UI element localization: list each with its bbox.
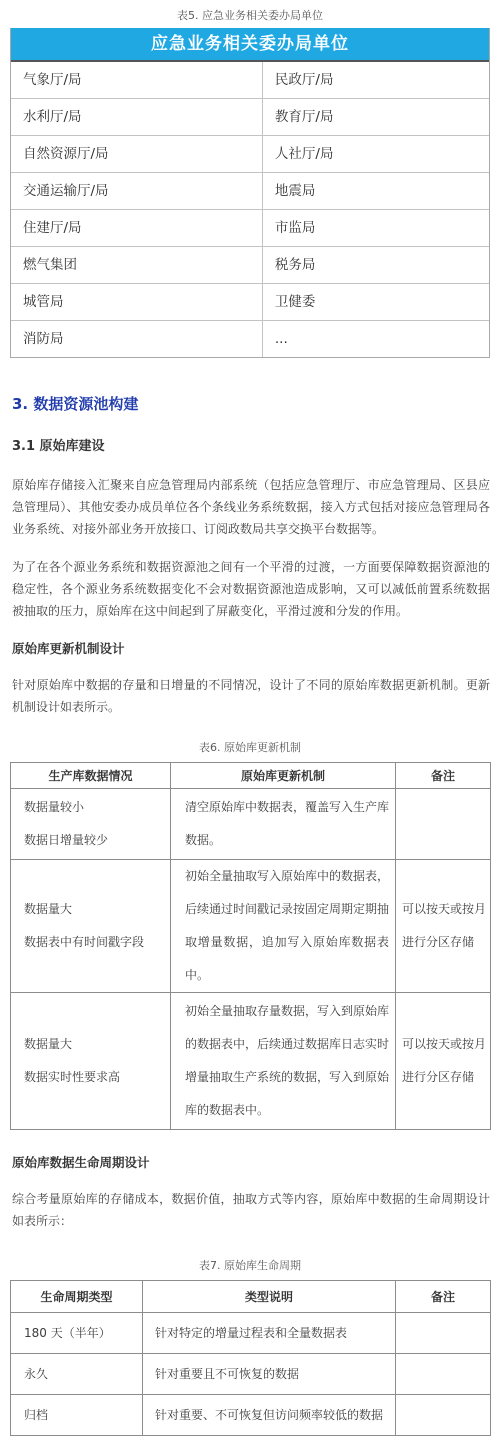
table-row: 自然资源厅/局 人社厅/局: [11, 136, 489, 173]
table-cell: [396, 1354, 491, 1395]
table5-caption: 表5. 应急业务相关委办局单位: [10, 8, 490, 24]
paragraph-smooth-transition: 为了在各个源业务系统和数据资源池之间有一个平滑的过渡，一方面要保障数据资源池的稳…: [12, 556, 490, 622]
table-row: 180 天（半年） 针对特定的增量过程表和全量数据表: [11, 1313, 491, 1354]
table6-update-mechanism: 生产库数据情况 原始库更新机制 备注 数据量较小 数据日增量较少 清空原始库中数…: [10, 762, 491, 1130]
table-cell: 水利厅/局: [11, 99, 263, 135]
column-header: 备注: [396, 763, 491, 789]
table-cell: 可以按天或按月进行分区存储: [396, 860, 491, 993]
table-cell: 永久: [11, 1354, 143, 1395]
table-row: 永久 针对重要且不可恢复的数据: [11, 1354, 491, 1395]
table-header-row: 生产库数据情况 原始库更新机制 备注: [11, 763, 491, 789]
table-cell: 地震局: [263, 173, 489, 209]
table-cell: [396, 1395, 491, 1436]
heading-update-mechanism: 原始库更新机制设计: [12, 640, 490, 658]
table-row: 城管局 卫健委: [11, 284, 489, 321]
cell-line: 数据表中有时间戳字段: [24, 926, 164, 959]
table6-caption: 表6. 原始库更新机制: [10, 740, 490, 756]
document-page: 表5. 应急业务相关委办局单位 应急业务相关委办局单位 气象厅/局 民政厅/局 …: [0, 0, 500, 1451]
table-cell: 住建厅/局: [11, 210, 263, 246]
table-cell: 交通运输厅/局: [11, 173, 263, 209]
table-cell: 人社厅/局: [263, 136, 489, 172]
table-row: 消防局 ...: [11, 321, 489, 357]
table-row: 数据量大 数据表中有时间戳字段 初始全量抽取写入原始库中的数据表，后续通过时间戳…: [11, 860, 491, 993]
table-row: 水利厅/局 教育厅/局: [11, 99, 489, 136]
table-row: 气象厅/局 民政厅/局: [11, 62, 489, 99]
column-header: 类型说明: [143, 1281, 396, 1313]
table-cell: 针对重要且不可恢复的数据: [143, 1354, 396, 1395]
section-heading-data-pool: 3. 数据资源池构建: [12, 394, 490, 414]
table-cell: 数据量较小 数据日增量较少: [11, 789, 171, 860]
column-header: 生命周期类型: [11, 1281, 143, 1313]
table-row: 燃气集团 税务局: [11, 247, 489, 284]
table-cell: 可以按天或按月进行分区存储: [396, 993, 491, 1130]
table-cell: 税务局: [263, 247, 489, 283]
table-cell: 清空原始库中数据表，覆盖写入生产库数据。: [171, 789, 396, 860]
paragraph-lifecycle: 综合考量原始库的存储成本，数据价值，抽取方式等内容，原始库中数据的生命周期设计如…: [12, 1188, 490, 1232]
column-header: 原始库更新机制: [171, 763, 396, 789]
table-header-row: 生命周期类型 类型说明 备注: [11, 1281, 491, 1313]
cell-line: 数据量较小: [24, 791, 164, 824]
table-cell: [396, 789, 491, 860]
heading-lifecycle-design: 原始库数据生命周期设计: [12, 1154, 490, 1172]
table-cell: 针对重要、不可恢复但访问频率较低的数据: [143, 1395, 396, 1436]
table7-caption: 表7. 原始库生命周期: [10, 1258, 490, 1274]
table-cell: 自然资源厅/局: [11, 136, 263, 172]
table-row: 数据量较小 数据日增量较少 清空原始库中数据表，覆盖写入生产库数据。: [11, 789, 491, 860]
table-cell: 气象厅/局: [11, 62, 263, 98]
subsection-heading-raw-db: 3.1 原始库建设: [12, 438, 490, 456]
table-cell: 归档: [11, 1395, 143, 1436]
table-cell: 数据量大 数据表中有时间戳字段: [11, 860, 171, 993]
column-header: 生产库数据情况: [11, 763, 171, 789]
table-row: 交通运输厅/局 地震局: [11, 173, 489, 210]
table-cell: 教育厅/局: [263, 99, 489, 135]
table-cell: 数据量大 数据实时性要求高: [11, 993, 171, 1130]
table-row: 数据量大 数据实时性要求高 初始全量抽取存量数据，写入到原始库的数据表中，后续通…: [11, 993, 491, 1130]
table-cell: 燃气集团: [11, 247, 263, 283]
table-cell: 市监局: [263, 210, 489, 246]
table-cell: 针对特定的增量过程表和全量数据表: [143, 1313, 396, 1354]
table-cell: 初始全量抽取存量数据，写入到原始库的数据表中，后续通过数据库日志实时增量抽取生产…: [171, 993, 396, 1130]
table-cell: 初始全量抽取写入原始库中的数据表，后续通过时间戳记录按固定周期定期抽取增量数据，…: [171, 860, 396, 993]
table-cell: 民政厅/局: [263, 62, 489, 98]
cell-line: 数据量大: [24, 893, 164, 926]
cell-line: 数据实时性要求高: [24, 1061, 164, 1094]
paragraph-update-mechanism: 针对原始库中数据的存量和日增量的不同情况，设计了不同的原始库数据更新机制。更新机…: [12, 674, 490, 718]
table-cell: 卫健委: [263, 284, 489, 320]
table-cell: 消防局: [11, 321, 263, 357]
table-cell: [396, 1313, 491, 1354]
table5-header-banner: 应急业务相关委办局单位: [11, 28, 489, 62]
paragraph-raw-db-intro: 原始库存储接入汇聚来自应急管理局内部系统（包括应急管理厅、市应急管理局、区县应急…: [12, 474, 490, 540]
table5-emergency-units: 应急业务相关委办局单位 气象厅/局 民政厅/局 水利厅/局 教育厅/局 自然资源…: [10, 28, 490, 358]
table-cell: 城管局: [11, 284, 263, 320]
table-cell: ...: [263, 321, 489, 357]
cell-line: 数据量大: [24, 1028, 164, 1061]
table-row: 住建厅/局 市监局: [11, 210, 489, 247]
column-header: 备注: [396, 1281, 491, 1313]
table-cell: 180 天（半年）: [11, 1313, 143, 1354]
cell-line: 数据日增量较少: [24, 824, 164, 857]
table-row: 归档 针对重要、不可恢复但访问频率较低的数据: [11, 1395, 491, 1436]
table7-lifecycle: 生命周期类型 类型说明 备注 180 天（半年） 针对特定的增量过程表和全量数据…: [10, 1280, 491, 1436]
